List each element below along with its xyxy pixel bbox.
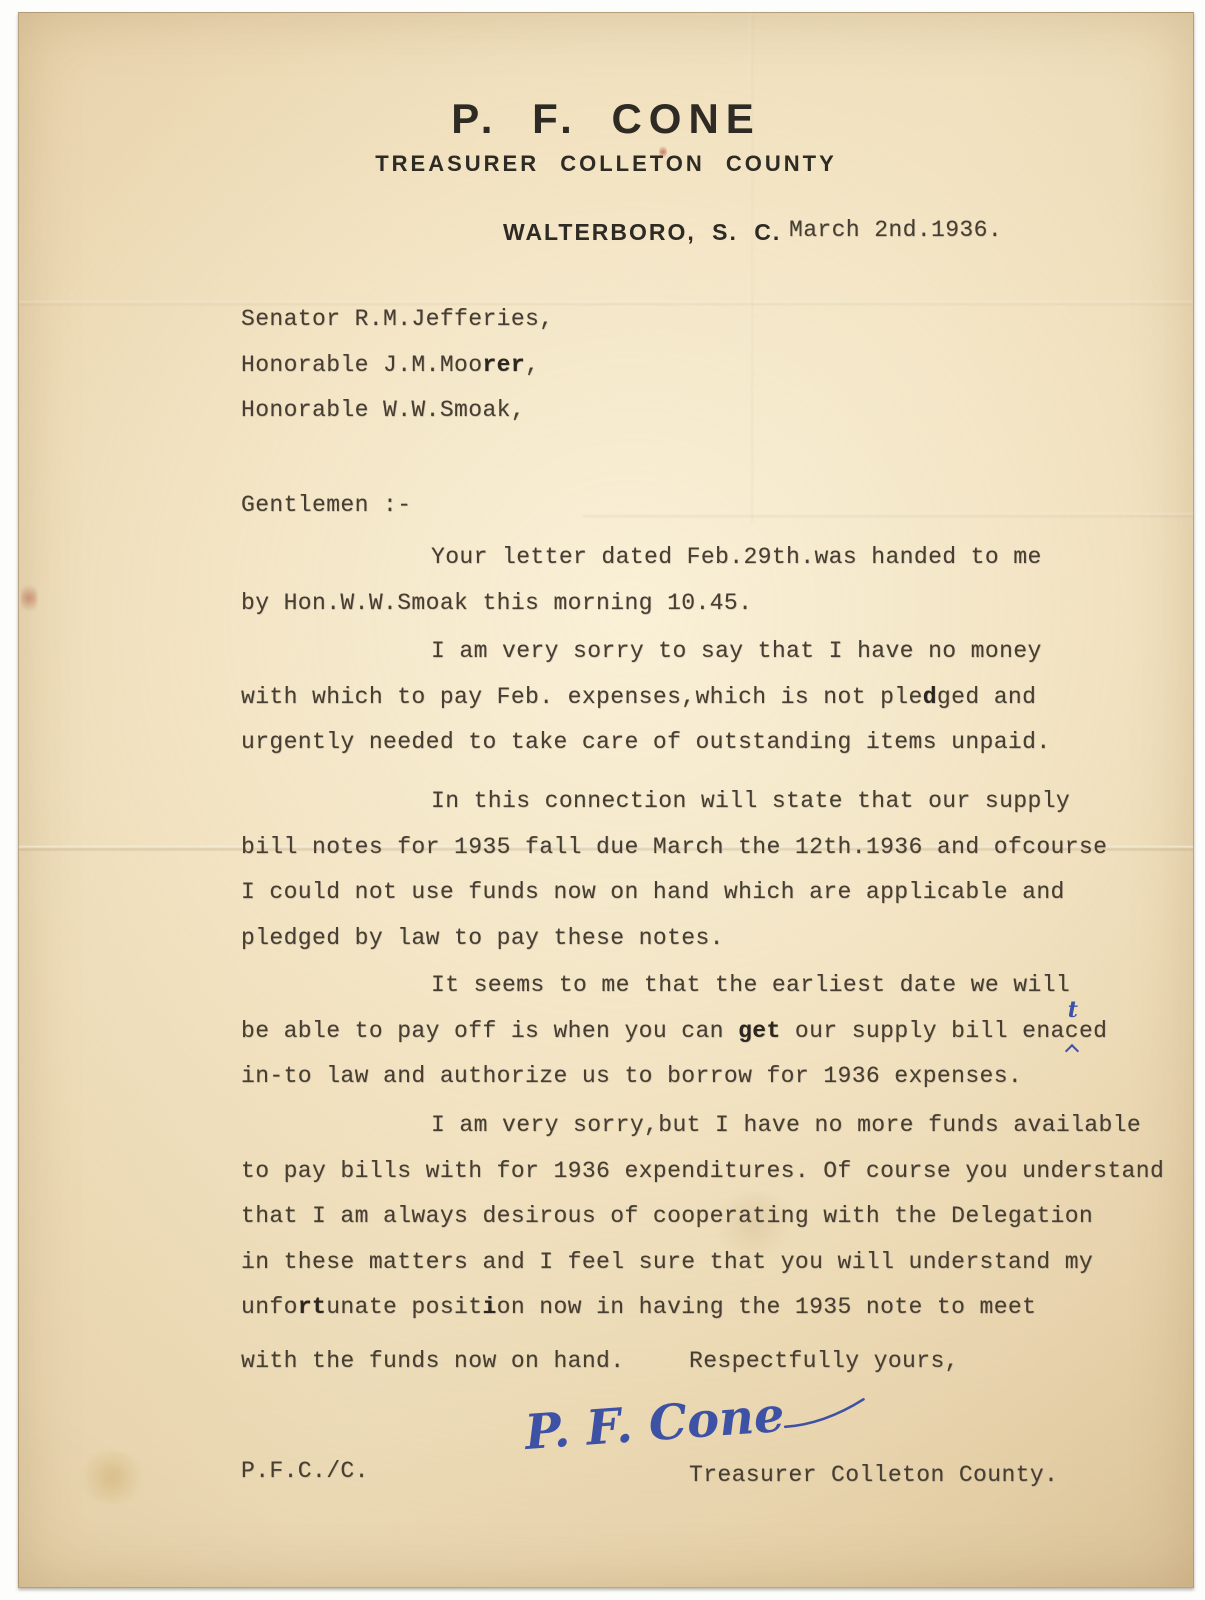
overtyped-text: rer: [482, 352, 525, 378]
recipient-list: Senator R.M.Jefferies,Honorable J.M.Moor…: [241, 297, 553, 434]
body-line: with which to pay Feb. expenses,which is…: [241, 675, 1051, 721]
body-line: pledged by law to pay these notes.: [241, 916, 1107, 962]
fold-crease: [19, 301, 1193, 306]
body-line: bill notes for 1935 fall due March the 1…: [241, 825, 1107, 871]
body-line: unfortunate position now in having the 1…: [241, 1285, 1164, 1331]
typed-text: Senator R.M.Jefferies,: [241, 306, 553, 332]
typed-text: ged and: [937, 684, 1036, 710]
paper-stain: [21, 581, 37, 615]
paragraph: It seems to me that the earliest date we…: [241, 963, 1107, 1100]
letter-paper: P. F. CONE TREASURER COLLETON COUNTY WAL…: [18, 12, 1194, 1588]
typed-text: unfo: [241, 1294, 298, 1320]
typed-text: in-to law and authorize us to borrow for…: [241, 1063, 1022, 1089]
typed-text: in these matters and I feel sure that yo…: [241, 1249, 1093, 1275]
paragraph: In this connection will state that our s…: [241, 779, 1107, 961]
body-line: in-to law and authorize us to borrow for…: [241, 1054, 1107, 1100]
signature-flourish: [784, 1399, 865, 1427]
typed-text: Your letter dated Feb.29th.was handed to…: [431, 544, 1042, 570]
typed-text: be able to pay off is when you can: [241, 1018, 738, 1044]
typed-text: with which to pay Feb. expenses,which is…: [241, 684, 923, 710]
typed-text: on now in having the 1935 note to meet: [497, 1294, 1037, 1320]
body-line: In this connection will state that our s…: [241, 779, 1107, 825]
recipient-line: Senator R.M.Jefferies,: [241, 297, 553, 343]
recipient-line: Honorable W.W.Smoak,: [241, 388, 553, 434]
body-line: to pay bills with for 1936 expenditures.…: [241, 1149, 1164, 1195]
typed-text: by Hon.W.W.Smoak this morning 10.45.: [241, 590, 752, 616]
closing-row: with the funds now on hand. Respectfully…: [241, 1339, 1186, 1385]
body-line: I could not use funds now on hand which …: [241, 870, 1107, 916]
closing-left-text: with the funds now on hand.: [241, 1348, 624, 1374]
signature-text: P. F. Cone: [521, 1387, 786, 1461]
body-line: that I am always desirous of cooperating…: [241, 1194, 1164, 1240]
typed-text: that I am always desirous of cooperating…: [241, 1203, 1093, 1229]
closing-valediction: Respectfully yours,: [689, 1339, 959, 1385]
typed-text: Honorable W.W.Smoak,: [241, 397, 525, 423]
typed-text: unate posit: [326, 1294, 482, 1320]
body-line: by Hon.W.W.Smoak this morning 10.45.: [241, 581, 1042, 627]
body-line: I am very sorry,but I have no more funds…: [241, 1103, 1164, 1149]
typed-text: Honorable J.M.Moo: [241, 352, 482, 378]
paragraph: Your letter dated Feb.29th.was handed to…: [241, 535, 1042, 626]
fold-crease: [749, 13, 753, 523]
typed-text: urgently needed to take care of outstand…: [241, 729, 1051, 755]
letterhead-title: TREASURER COLLETON COUNTY: [19, 151, 1193, 177]
paper-stain: [77, 1451, 147, 1503]
typed-text: bill notes for 1935 fall due March the 1…: [241, 834, 1107, 860]
recipient-line: Honorable J.M.Moorer,: [241, 343, 553, 389]
typed-text: I am very sorry to say that I have no mo…: [431, 638, 1042, 664]
body-line: be able to pay off is when you can get o…: [241, 1009, 1107, 1055]
signature-svg: P. F. Cone: [517, 1381, 877, 1465]
body-line: Your letter dated Feb.29th.was handed to…: [241, 535, 1042, 581]
letterhead-name: P. F. CONE: [19, 95, 1193, 143]
overtyped-text: get: [738, 1018, 781, 1044]
typed-text: to pay bills with for 1936 expenditures.…: [241, 1158, 1164, 1184]
typed-text: I could not use funds now on hand which …: [241, 879, 1065, 905]
body-line: in these matters and I feel sure that yo…: [241, 1240, 1164, 1286]
typed-text: ,: [525, 352, 539, 378]
overtyped-text: rt: [298, 1294, 326, 1320]
body-line: urgently needed to take care of outstand…: [241, 720, 1051, 766]
letterhead-city: WALTERBORO, S. C.: [503, 219, 781, 246]
overtyped-text: d: [923, 684, 937, 710]
typed-char-with-handwritten-insertion: c: [1065, 1018, 1079, 1044]
typed-text: In this connection will state that our s…: [431, 788, 1070, 814]
typed-text: It seems to me that the earliest date we…: [431, 972, 1070, 998]
paragraph: I am very sorry,but I have no more funds…: [241, 1103, 1164, 1331]
letter-date: March 2nd.1936.: [789, 217, 1002, 243]
scanned-letter: P. F. CONE TREASURER COLLETON COUNTY WAL…: [0, 0, 1205, 1600]
fold-crease: [583, 513, 1193, 518]
overtyped-text: i: [482, 1294, 496, 1320]
body-line: It seems to me that the earliest date we…: [241, 963, 1107, 1009]
typed-text: our supply bill ena: [781, 1018, 1065, 1044]
paragraph: I am very sorry to say that I have no mo…: [241, 629, 1051, 766]
salutation: Gentlemen :-: [241, 483, 411, 529]
signature: P. F. Cone: [517, 1381, 877, 1465]
typed-text: pledged by law to pay these notes.: [241, 925, 724, 951]
typed-text: I am very sorry,but I have no more funds…: [431, 1112, 1141, 1138]
body-line: I am very sorry to say that I have no mo…: [241, 629, 1051, 675]
typed-text: ed: [1079, 1018, 1107, 1044]
typist-initials: P.F.C./C.: [241, 1449, 369, 1495]
